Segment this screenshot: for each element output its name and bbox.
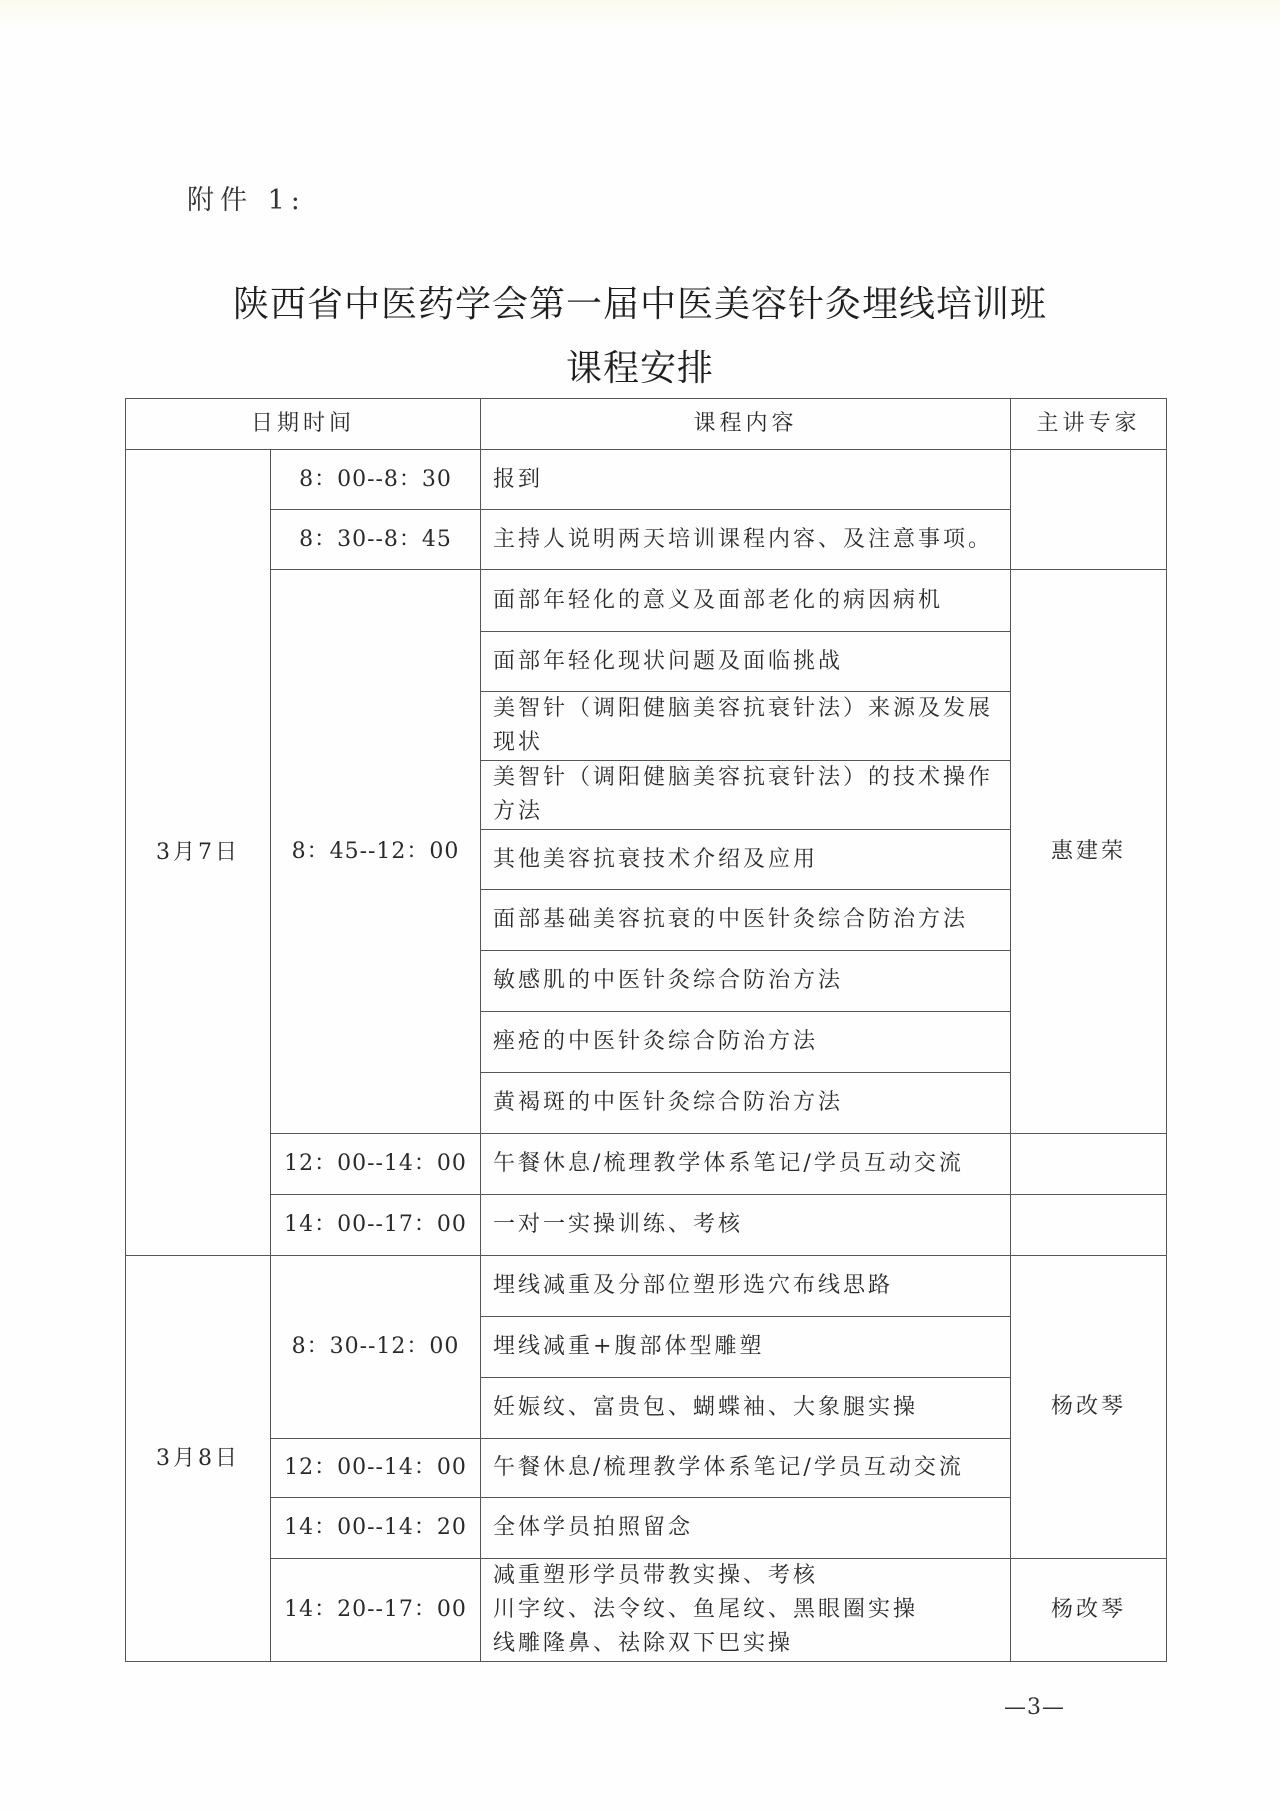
table-row: 12：00--14：00 午餐休息/梳理教学体系笔记/学员互动交流 xyxy=(126,1134,1167,1195)
expert-cell xyxy=(1011,1134,1167,1195)
content-cell: 妊娠纹、富贵包、蝴蝶袖、大象腿实操 xyxy=(481,1378,1011,1439)
table-row: 3月7日 8：00--8：30 报到 xyxy=(126,450,1167,510)
document-title: 陕西省中医药学会第一届中医美容针灸埋线培训班 xyxy=(0,276,1280,327)
table-row: 14：00--17：00 一对一实操训练、考核 xyxy=(126,1195,1167,1256)
content-cell: 痤疮的中医针灸综合防治方法 xyxy=(481,1012,1011,1073)
date-cell: 3月8日 xyxy=(126,1256,271,1662)
content-cell: 埋线减重及分部位塑形选穴布线思路 xyxy=(481,1256,1011,1317)
content-cell: 埋线减重+腹部体型雕塑 xyxy=(481,1317,1011,1378)
time-cell: 14：00--17：00 xyxy=(271,1195,481,1256)
time-cell: 12：00--14：00 xyxy=(271,1439,481,1498)
header-expert: 主讲专家 xyxy=(1011,399,1167,450)
time-cell: 8：30--8：45 xyxy=(271,510,481,570)
expert-cell: 杨改琴 xyxy=(1011,1559,1167,1662)
course-schedule-table: 日期时间 课程内容 主讲专家 3月7日 8：00--8：30 报到 8：30--… xyxy=(125,398,1167,1662)
content-cell: 美智针（调阳健脑美容抗衰针法）的技术操作方法 xyxy=(481,761,1011,830)
header-datetime: 日期时间 xyxy=(126,399,481,450)
table-row: 3月8日 8：30--12：00 埋线减重及分部位塑形选穴布线思路 杨改琴 xyxy=(126,1256,1167,1317)
time-cell: 8：00--8：30 xyxy=(271,450,481,510)
document-subtitle: 课程安排 xyxy=(0,340,1280,391)
content-cell: 面部基础美容抗衰的中医针灸综合防治方法 xyxy=(481,890,1011,951)
page-top-edge xyxy=(0,0,1280,30)
content-cell: 报到 xyxy=(481,450,1011,510)
content-cell: 黄褐斑的中医针灸综合防治方法 xyxy=(481,1073,1011,1134)
table-header-row: 日期时间 课程内容 主讲专家 xyxy=(126,399,1167,450)
content-line: 线雕隆鼻、祛除双下巴实操 xyxy=(493,1627,998,1661)
content-line: 减重塑形学员带教实操、考核 xyxy=(493,1559,998,1593)
table-row: 8：45--12：00 面部年轻化的意义及面部老化的病因病机 惠建荣 xyxy=(126,570,1167,632)
content-cell: 其他美容抗衰技术介绍及应用 xyxy=(481,830,1011,890)
content-cell: 午餐休息/梳理教学体系笔记/学员互动交流 xyxy=(481,1134,1011,1195)
table-row: 8：30--8：45 主持人说明两天培训课程内容、及注意事项。 xyxy=(126,510,1167,570)
time-cell: 14：00--14：20 xyxy=(271,1498,481,1559)
expert-cell xyxy=(1011,450,1167,570)
content-cell: 美智针（调阳健脑美容抗衰针法）来源及发展现状 xyxy=(481,692,1011,761)
content-cell: 主持人说明两天培训课程内容、及注意事项。 xyxy=(481,510,1011,570)
time-cell: 8：45--12：00 xyxy=(271,570,481,1134)
table-row: 14：00--14：20 全体学员拍照留念 xyxy=(126,1498,1167,1559)
header-content: 课程内容 xyxy=(481,399,1011,450)
content-cell: 全体学员拍照留念 xyxy=(481,1498,1011,1559)
content-cell: 一对一实操训练、考核 xyxy=(481,1195,1011,1256)
table-row: 14：20--17：00 减重塑形学员带教实操、考核 川字纹、法令纹、鱼尾纹、黑… xyxy=(126,1559,1167,1662)
time-cell: 14：20--17：00 xyxy=(271,1559,481,1662)
content-cell-multiline: 减重塑形学员带教实操、考核 川字纹、法令纹、鱼尾纹、黑眼圈实操 线雕隆鼻、祛除双… xyxy=(481,1559,1011,1662)
expert-cell: 惠建荣 xyxy=(1011,570,1167,1134)
time-cell: 8：30--12：00 xyxy=(271,1256,481,1439)
content-cell: 面部年轻化现状问题及面临挑战 xyxy=(481,632,1011,692)
table-row: 12：00--14：00 午餐休息/梳理教学体系笔记/学员互动交流 xyxy=(126,1439,1167,1498)
date-cell: 3月7日 xyxy=(126,450,271,1256)
attachment-label: 附件 1: xyxy=(187,178,306,217)
content-cell: 午餐休息/梳理教学体系笔记/学员互动交流 xyxy=(481,1439,1011,1498)
expert-cell xyxy=(1011,1195,1167,1256)
expert-cell: 杨改琴 xyxy=(1011,1256,1167,1559)
content-cell: 面部年轻化的意义及面部老化的病因病机 xyxy=(481,570,1011,632)
content-line: 川字纹、法令纹、鱼尾纹、黑眼圈实操 xyxy=(493,1593,998,1627)
page-number: —3— xyxy=(1004,1695,1065,1720)
time-cell: 12：00--14：00 xyxy=(271,1134,481,1195)
content-cell: 敏感肌的中医针灸综合防治方法 xyxy=(481,951,1011,1012)
